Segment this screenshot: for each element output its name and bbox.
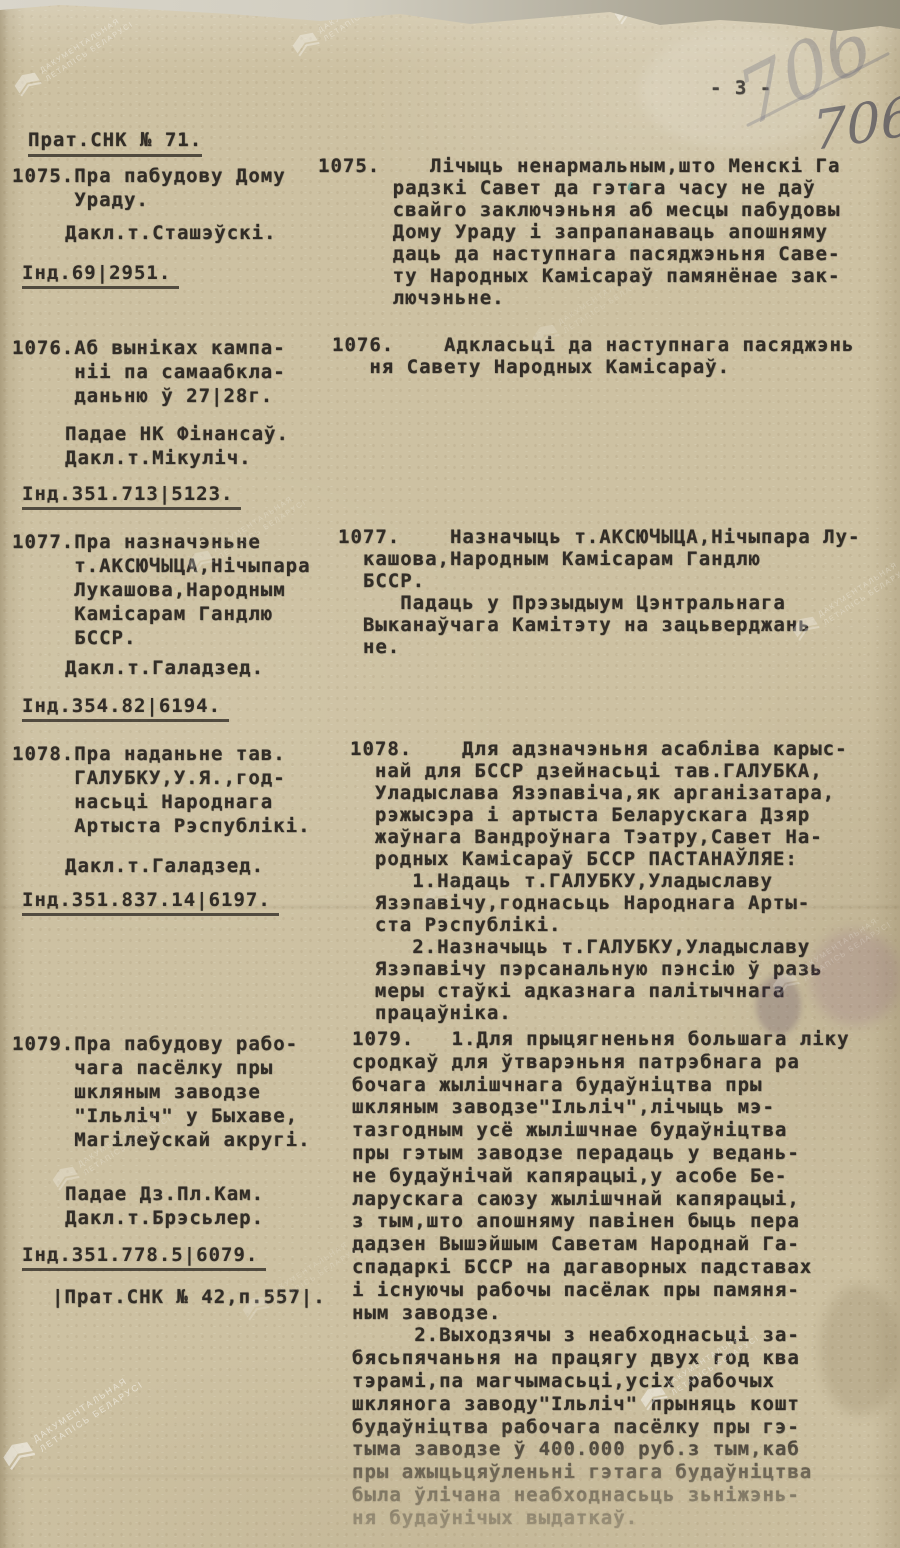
item-1075-resolution: 1075. Лічыць ненармальным,што Менскі Га … <box>318 155 883 309</box>
archive-watermark: ДАКУМЕНТАЛЬНАЯЛЕТАПІСЬ БЕЛАРУСІ <box>0 1366 145 1473</box>
item-1079-resolution: 1079. 1.Для прыцягненьня большага ліку с… <box>352 1028 900 1530</box>
watermark-text-line2: ЛЕТАПІСЬ БЕЛАРУСІ <box>644 0 735 10</box>
item-1075-speaker: Дакл.т.Сташэўскі. <box>65 221 332 245</box>
item-1076-left: 1076.Аб выніках кампа- ніі па самаабкла-… <box>12 336 332 510</box>
item-1077-speaker: Дакл.т.Галадзед. <box>65 656 332 680</box>
item-1079-left: 1079.Пра пабудову рабо- чага пасёлку пры… <box>12 1032 332 1309</box>
watermark-text-line1: ДАКУМЕНТАЛЬНАЯ <box>317 0 408 34</box>
item-1077-resolution: 1077. Назначыць т.АКСЮЧЫЦА,Нічыпара Лу- … <box>338 526 900 658</box>
ink-stain <box>810 930 900 1025</box>
light-patch <box>640 30 840 150</box>
watermark-text-line2: ЛЕТАПІСЬ БЕЛАРУСІ <box>44 20 135 83</box>
item-1079-left-title: 1079.Пра пабудову рабо- чага пасёлку пры… <box>12 1032 332 1152</box>
watermark-text-line1: ДАКУМЕНТАЛЬНАЯ <box>32 1370 139 1444</box>
item-1077-left-title: 1077.Пра назначэньне т.АКСЮЧЫЦА,Нічыпара… <box>12 530 332 650</box>
item-1078-left: 1078.Пра наданьне тав. ГАЛУБКУ,У.Я.,год-… <box>12 742 332 916</box>
item-1076-resolution: 1076. Адкласьці да наступнага пасяджэнь … <box>332 334 897 378</box>
item-1078-speaker: Дакл.т.Галадзед. <box>65 854 332 878</box>
archive-watermark: ДАКУМЕНТАЛЬНАЯЛЕТАПІСЬ БЕЛАРУСІ <box>611 0 735 27</box>
open-book-icon <box>0 1436 38 1473</box>
watermark-text-line2: ЛЕТАПІСЬ БЕЛАРУСІ <box>322 0 413 42</box>
item-1077-left: 1077.Пра назначэньне т.АКСЮЧЫЦА,Нічыпара… <box>12 530 332 722</box>
item-1075-resolution-text: 1075. Лічыць ненармальным,што Менскі Га … <box>318 155 883 309</box>
item-1079-index: Інд.351.778.5|6079. <box>22 1243 266 1271</box>
item-1077-index: Інд.354.82|6194. <box>22 694 229 722</box>
paper-stain <box>820 1285 900 1415</box>
paper-crease <box>0 906 900 908</box>
item-1079-speaker: Дакл.т.Брэсьлер. <box>65 1206 332 1230</box>
archive-watermark: ДАКУМЕНТАЛЬНАЯЛЕТАПІСЬ БЕЛАРУСІ <box>11 8 135 99</box>
item-1076-submitter: Падае НК Фінансаў. <box>65 422 332 446</box>
item-1079-cross-reference: |Прат.СНК № 42,п.557|. <box>52 1285 332 1309</box>
protocol-header: Прат.СНК № 71. <box>28 128 202 157</box>
item-1078-left-title: 1078.Пра наданьне тав. ГАЛУБКУ,У.Я.,год-… <box>12 742 332 838</box>
item-1076-left-title: 1076.Аб выніках кампа- ніі па самаабкла-… <box>12 336 332 408</box>
ink-smudge <box>756 975 801 1035</box>
watermark-text-line2: ЛЕТАПІСЬ БЕЛАРУСІ <box>38 1379 145 1453</box>
item-1077-resolution-text: 1077. Назначыць т.АКСЮЧЫЦА,Нічыпара Лу- … <box>338 526 900 658</box>
open-book-icon <box>11 67 44 99</box>
archive-watermark: ДАКУМЕНТАЛЬНАЯЛЕТАПІСЬ БЕЛАРУСІ <box>289 0 413 59</box>
item-1076-speaker: Дакл.т.Мікуліч. <box>65 446 332 470</box>
item-1076-index: Інд.351.713|5123. <box>22 482 241 510</box>
paper-sheet: - 3 - 706 706 Прат.СНК № 71. 1075.Пра па… <box>0 0 900 1548</box>
item-1076-resolution-text: 1076. Адкласьці да наступнага пасяджэнь … <box>332 334 897 378</box>
item-1075-left-title: 1075.Пра пабудову Дому Ураду. <box>12 164 332 212</box>
open-book-icon <box>289 27 322 59</box>
item-1079-resolution-text: 1079. 1.Для прыцягненьня большага ліку с… <box>352 1028 900 1530</box>
item-1075-index: Інд.69|2951. <box>22 261 179 289</box>
item-1075-left: 1075.Пра пабудову Дому Ураду. Дакл.т.Ста… <box>12 164 332 289</box>
item-1078-index: Інд.351.837.14|6197. <box>22 888 279 916</box>
protocol-header-text: Прат.СНК № 71. <box>28 128 202 157</box>
watermark-text-line1: ДАКУМЕНТАЛЬНАЯ <box>639 0 730 2</box>
watermark-text-line1: ДАКУМЕНТАЛЬНАЯ <box>39 12 130 75</box>
item-1079-submitter: Падае Дз.Пл.Кам. <box>65 1182 332 1206</box>
paper-crease <box>0 1475 900 1477</box>
archival-document-scan: { "colors": { "paper": "#cdc1a2", "ink":… <box>0 0 900 1548</box>
open-book-icon <box>611 0 644 27</box>
